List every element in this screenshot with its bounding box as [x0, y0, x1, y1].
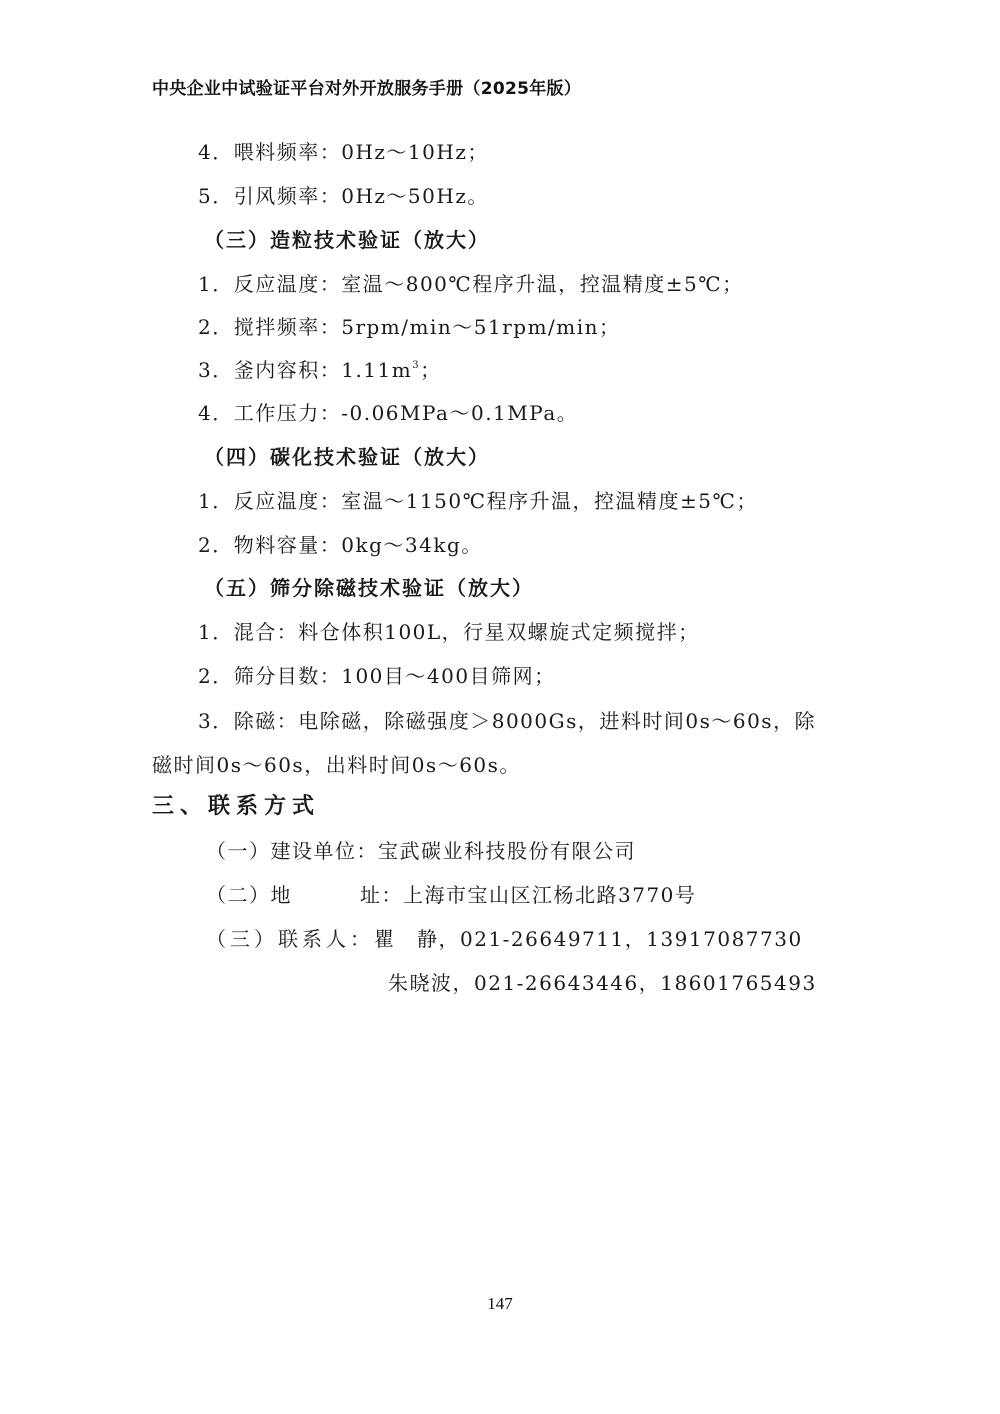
section-heading-screening: （五）筛分除磁技术验证（放大） — [204, 572, 534, 601]
list-item-feed-frequency: 4．喂料频率：0Hz～10Hz； — [198, 136, 489, 165]
contact-person-row: （三）联系人：瞿 静，021-26649711，13917087730 — [206, 923, 803, 952]
kettle-volume-text: 3．釜内容积：1.11m — [198, 358, 412, 382]
list-item-demagnetization: 3．除磁：电除磁，除磁强度＞8000Gs，进料时间0s～60s，除 — [198, 705, 816, 734]
section-heading-granulation: （三）造粒技术验证（放大） — [204, 224, 490, 253]
list-item-reaction-temperature: 1．反应温度：室温～800℃程序升温，控温精度±5℃； — [198, 268, 744, 297]
page-header: 中央企业中试验证平台对外开放服务手册（2025年版） — [152, 74, 581, 99]
list-item-material-capacity: 2．物料容量：0kg～34kg。 — [198, 529, 483, 558]
page-number: 147 — [0, 1294, 1000, 1314]
contact-person-label: （三）联系人： — [206, 927, 374, 951]
contact-address-label-suffix: 址： — [360, 883, 403, 907]
contact-address-row: （二）地址：上海市宝山区江杨北路3770号 — [206, 879, 696, 908]
list-item-fan-frequency: 5．引风频率：0Hz～50Hz。 — [198, 180, 489, 209]
contact-unit-row: （一）建设单位：宝武碳业科技股份有限公司 — [206, 835, 636, 864]
list-item-mixing: 1．混合：料仓体积100L，行星双螺旋式定频搅拌； — [198, 616, 700, 645]
contact-address-value: 上海市宝山区江杨北路3770号 — [403, 883, 696, 907]
superscript-3: 3 — [412, 360, 420, 371]
contact-person-1: 瞿 静，021-26649711，13917087730 — [374, 927, 803, 951]
list-item-kettle-volume: 3．釜内容积：1.11m3； — [198, 354, 442, 383]
contact-unit-value: 宝武碳业科技股份有限公司 — [378, 839, 636, 863]
section-heading-carbonization: （四）碳化技术验证（放大） — [204, 441, 490, 470]
contact-unit-label: （一）建设单位： — [206, 839, 378, 863]
contact-person-2: 朱晓波，021-26643446，18601765493 — [388, 967, 817, 996]
list-item-stirring-frequency: 2．搅拌频率：5rpm/min～51rpm/min； — [198, 311, 621, 340]
list-item-demagnetization-continued: 磁时间0s～60s，出料时间0s～60s。 — [152, 749, 521, 778]
contact-address-label-prefix: （二）地 — [206, 883, 292, 907]
contact-heading: 三、联系方式 — [152, 789, 320, 820]
kettle-volume-suffix: ； — [420, 358, 442, 382]
list-item-screen-mesh: 2．筛分目数：100目～400目筛网； — [198, 660, 556, 689]
list-item-working-pressure: 4．工作压力：-0.06MPa～0.1MPa。 — [198, 397, 578, 426]
list-item-carbonization-temperature: 1．反应温度：室温～1150℃程序升温，控温精度±5℃； — [198, 485, 758, 514]
